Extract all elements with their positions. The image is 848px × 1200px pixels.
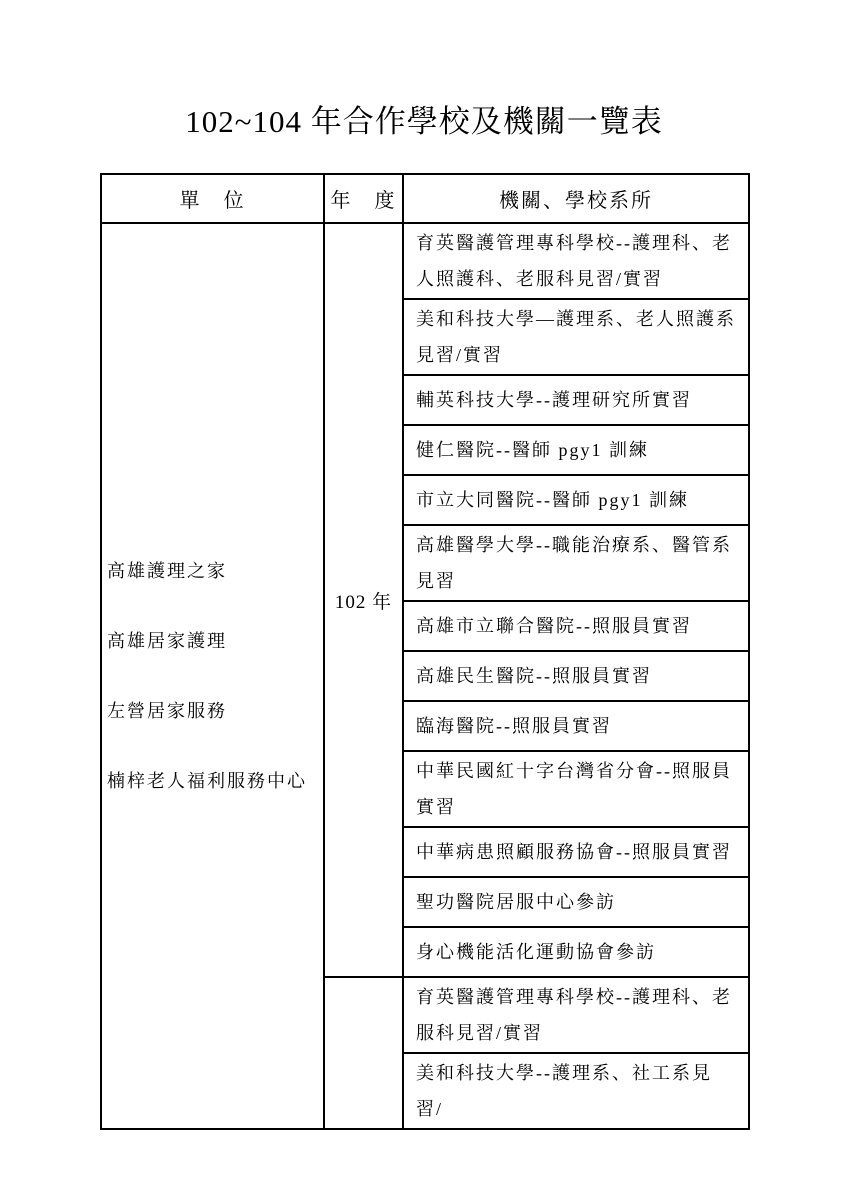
org-row-9: 臨海醫院--照服員實習	[403, 701, 749, 751]
unit-lines: 高雄護理之家 高雄居家護理 左營居家服務 楠梓老人福利服務中心	[107, 560, 319, 792]
org-row-8: 高雄民生醫院--照服員實習	[403, 651, 749, 701]
org-row-13: 身心機能活化運動協會參訪	[403, 927, 749, 977]
org-row-14: 育英醫護管理專科學校--護理科、老服科見習/實習	[403, 977, 749, 1053]
header-org: 機關、學校系所	[403, 174, 749, 223]
unit-line-1: 高雄護理之家	[107, 560, 319, 582]
header-year: 年 度	[324, 174, 403, 223]
cooperation-table: 單 位 年 度 機關、學校系所 高雄護理之家 高雄居家護理 左營居家服務 楠梓老…	[100, 173, 750, 1130]
org-row-5: 市立大同醫院--醫師 pgy1 訓練	[403, 475, 749, 525]
unit-line-2: 高雄居家護理	[107, 630, 319, 652]
org-row-3: 輔英科技大學--護理研究所實習	[403, 375, 749, 425]
document-page: 102~104 年合作學校及機關一覽表 單 位 年 度 機關、學校系所 高雄護理…	[0, 0, 848, 1200]
unit-cell: 高雄護理之家 高雄居家護理 左營居家服務 楠梓老人福利服務中心	[101, 223, 324, 1129]
year-cell-next	[324, 977, 403, 1129]
table-row: 高雄護理之家 高雄居家護理 左營居家服務 楠梓老人福利服務中心 102 年 育英…	[101, 223, 749, 299]
org-row-2: 美和科技大學—護理系、老人照護系見習/實習	[403, 299, 749, 375]
unit-line-3: 左營居家服務	[107, 700, 319, 722]
year-cell-102: 102 年	[324, 223, 403, 977]
org-row-10: 中華民國紅十字台灣省分會--照服員實習	[403, 751, 749, 827]
org-row-4: 健仁醫院--醫師 pgy1 訓練	[403, 425, 749, 475]
org-row-11: 中華病患照顧服務協會--照服員實習	[403, 827, 749, 877]
org-row-6: 高雄醫學大學--職能治療系、醫管系見習	[403, 525, 749, 601]
page-title: 102~104 年合作學校及機關一覽表	[0, 96, 848, 141]
org-row-1: 育英醫護管理專科學校--護理科、老人照護科、老服科見習/實習	[403, 223, 749, 299]
org-row-15: 美和科技大學--護理系、社工系見習/	[403, 1053, 749, 1129]
header-unit: 單 位	[101, 174, 324, 223]
unit-line-4: 楠梓老人福利服務中心	[107, 770, 319, 792]
org-row-7: 高雄市立聯合醫院--照服員實習	[403, 601, 749, 651]
org-row-12: 聖功醫院居服中心參訪	[403, 877, 749, 927]
table-header-row: 單 位 年 度 機關、學校系所	[101, 174, 749, 223]
